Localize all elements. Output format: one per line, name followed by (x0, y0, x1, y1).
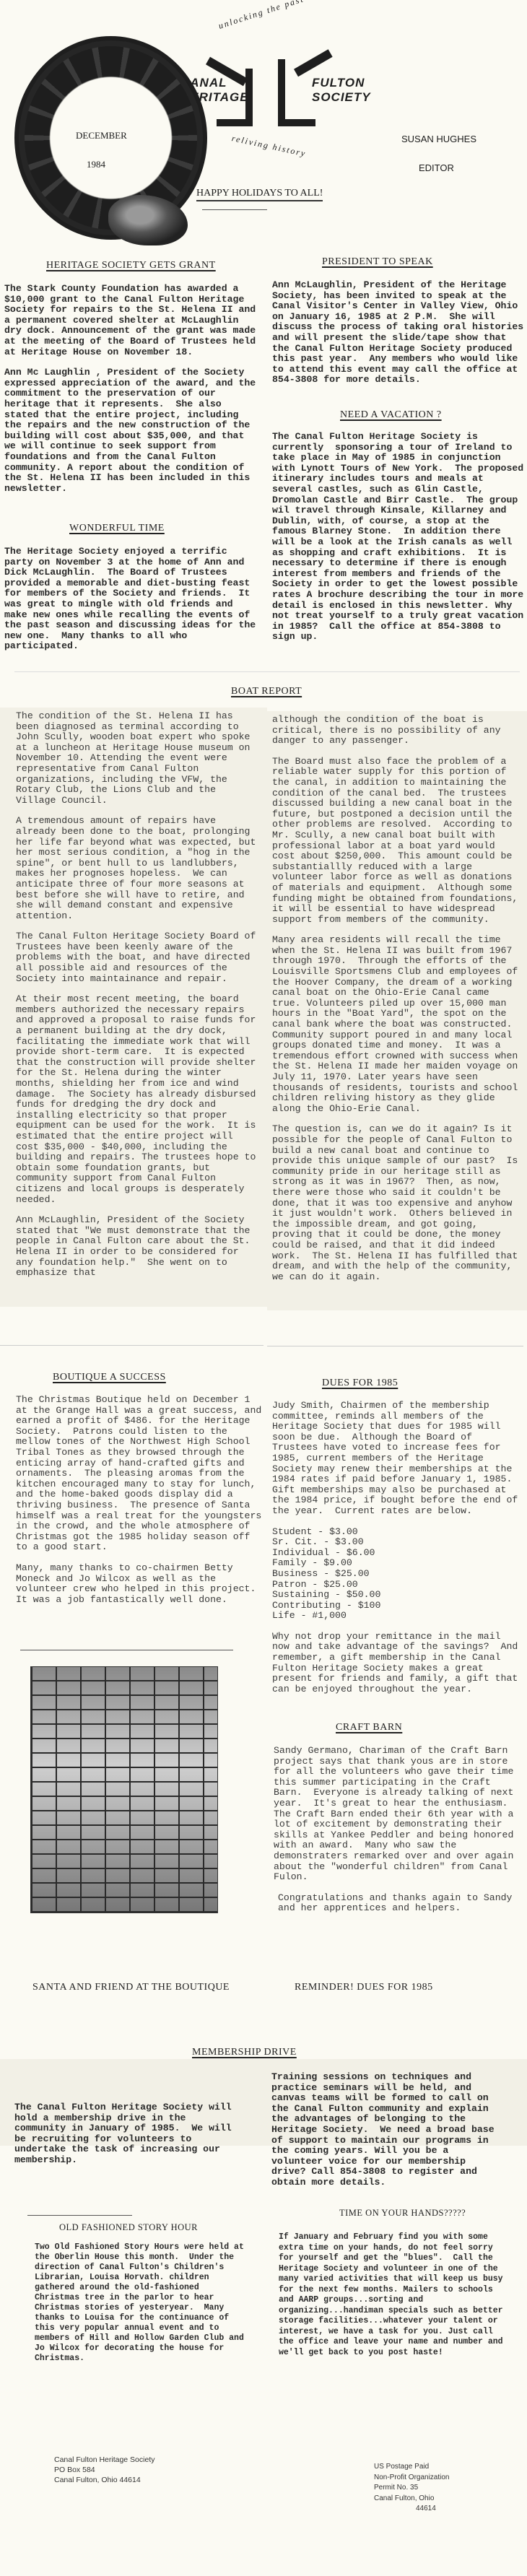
story-hour-heading: OLD FASHIONED STORY HOUR (59, 2222, 198, 2233)
dues-rate-item: Sustaining - $50.00 (272, 1590, 521, 1601)
craft-barn-paragraph: Congratulations and thanks again to Sand… (274, 1893, 523, 1914)
grant-paragraph: The Stark County Foundation has awarded … (4, 284, 257, 357)
time-on-hands-article: If January and February find you with so… (279, 2232, 510, 2368)
wonderful-time-heading: WONDERFUL TIME (69, 523, 165, 534)
boat-report-paragraph: Many area residents will recall the time… (272, 935, 521, 1114)
grant-article: The Stark County Foundation has awarded … (4, 284, 257, 504)
president-speak-paragraph: Ann McLaughlin, President of the Heritag… (272, 280, 525, 386)
holiday-greeting: HAPPY HOLIDAYS TO ALL! (196, 188, 323, 201)
dues-rate-item: Business - $25.00 (272, 1569, 521, 1580)
photo-caption: SANTA AND FRIEND AT THE BOUTIQUE (32, 1982, 230, 1993)
boutique-article: The Christmas Boutique held on December … (16, 1395, 263, 1615)
boat-report-paragraph: A tremendous amount of repairs have alre… (16, 816, 261, 921)
boat-report-paragraph: The Canal Fulton Heritage Society Board … (16, 931, 261, 984)
masthead-rule (202, 209, 267, 210)
santa-photo (30, 1666, 218, 1913)
boat-report-paragraph: Ann McLaughlin, President of the Society… (16, 1215, 261, 1279)
section-divider (267, 1346, 523, 1346)
dues-rate-item: Contributing - $100 (272, 1601, 521, 1611)
section-divider (27, 2215, 132, 2216)
president-speak-heading: PRESIDENT TO SPEAK (322, 256, 433, 268)
membership-drive-left: The Canal Fulton Heritage Society will h… (14, 2102, 238, 2176)
dues-closing: Why not drop your remittance in the mail… (272, 1632, 521, 1695)
boutique-heading: BOUTIQUE A SUCCESS (53, 1372, 166, 1383)
time-on-hands-paragraph: If January and February find you with so… (279, 2232, 510, 2358)
boat-report-paragraph: although the condition of the boat is cr… (272, 715, 521, 747)
vacation-paragraph: The Canal Fulton Heritage Society is cur… (272, 432, 525, 643)
membership-drive-paragraph: The Canal Fulton Heritage Society will h… (14, 2102, 238, 2166)
dues-rates-list: Student - $3.00Sr. Cit. - $3.00Individua… (272, 1527, 521, 1622)
issue-month: DECEMBER (76, 130, 127, 142)
vacation-article: The Canal Fulton Heritage Society is cur… (272, 432, 525, 653)
photo-rule (20, 1650, 233, 1650)
editor-title: EDITOR (419, 162, 454, 173)
logo-right-text: FULTON SOCIETY (312, 76, 371, 105)
section-divider (0, 1345, 263, 1346)
membership-drive-paragraph: Training sessions on techniques and prac… (271, 2072, 502, 2188)
logo-house-right (278, 59, 315, 126)
return-address: Canal Fulton Heritage Society PO Box 584… (54, 2455, 155, 2485)
dues-rate-item: Life - #1,000 (272, 1611, 521, 1622)
boat-report-paragraph: The Board must also face the problem of … (272, 757, 521, 926)
dues-rate-item: Family - $9.00 (272, 1558, 521, 1569)
dues-rate-item: Sr. Cit. - $3.00 (272, 1537, 521, 1548)
story-hour-article: Two Old Fashioned Story Hours were held … (35, 2242, 244, 2374)
membership-drive-heading: MEMBERSHIP DRIVE (192, 2047, 297, 2058)
president-speak-article: Ann McLaughlin, President of the Heritag… (272, 280, 525, 396)
dues-article: Judy Smith, Chairmen of the membership c… (272, 1401, 521, 1705)
wonderful-time-article: The Heritage Society enjoyed a terrific … (4, 547, 257, 662)
craft-barn-paragraph: Sandy Germano, Chariman of the Craft Bar… (274, 1746, 523, 1883)
craft-barn-heading: CRAFT BARN (336, 1722, 402, 1733)
boat-report-paragraph: The condition of the St. Helena II has b… (16, 711, 261, 806)
boutique-paragraph: The Christmas Boutique held on December … (16, 1395, 263, 1553)
membership-drive-right: Training sessions on techniques and prac… (271, 2072, 502, 2198)
dues-rate-item: Individual - $6.00 (272, 1548, 521, 1559)
issue-year: 1984 (87, 159, 105, 170)
time-on-hands-heading: TIME ON YOUR HANDS????? (339, 2208, 466, 2219)
masthead-tagline-bottom: reliving history (231, 133, 308, 160)
dues-rate-item: Student - $3.00 (272, 1527, 521, 1538)
boutique-paragraph: Many, many thanks to co-chairmen Betty M… (16, 1563, 263, 1605)
boat-report-left-column: The condition of the St. Helena II has b… (16, 711, 261, 1289)
masthead-tagline-top: unlocking the past (217, 0, 306, 32)
boat-report-paragraph: The question is, can we do it again? Is … (272, 1124, 521, 1282)
section-divider (14, 671, 520, 672)
dues-paragraph: Judy Smith, Chairmen of the membership c… (272, 1401, 521, 1517)
dues-reminder: REMINDER! DUES FOR 1985 (295, 1982, 433, 1993)
editor-name: SUSAN HUGHES (401, 134, 476, 144)
boat-report-paragraph: At their most recent meeting, the board … (16, 994, 261, 1205)
dues-rate-item: Patron - $25.00 (272, 1580, 521, 1591)
grant-paragraph: Ann Mc Laughlin , President of the Socie… (4, 367, 257, 494)
grant-heading: HERITAGE SOCIETY GETS GRANT (46, 260, 216, 271)
vacation-heading: NEED A VACATION ? (340, 409, 442, 421)
boat-report-right-column: although the condition of the boat is cr… (272, 715, 521, 1292)
craft-barn-article: Sandy Germano, Chariman of the Craft Bar… (274, 1746, 523, 1924)
postage-indicia: US Postage Paid Non-Profit Organization … (374, 2462, 450, 2515)
story-hour-paragraph: Two Old Fashioned Story Hours were held … (35, 2242, 244, 2364)
boat-report-heading: BOAT REPORT (231, 686, 302, 697)
wonderful-time-paragraph: The Heritage Society enjoyed a terrific … (4, 547, 257, 652)
dues-heading: DUES FOR 1985 (322, 1378, 398, 1389)
